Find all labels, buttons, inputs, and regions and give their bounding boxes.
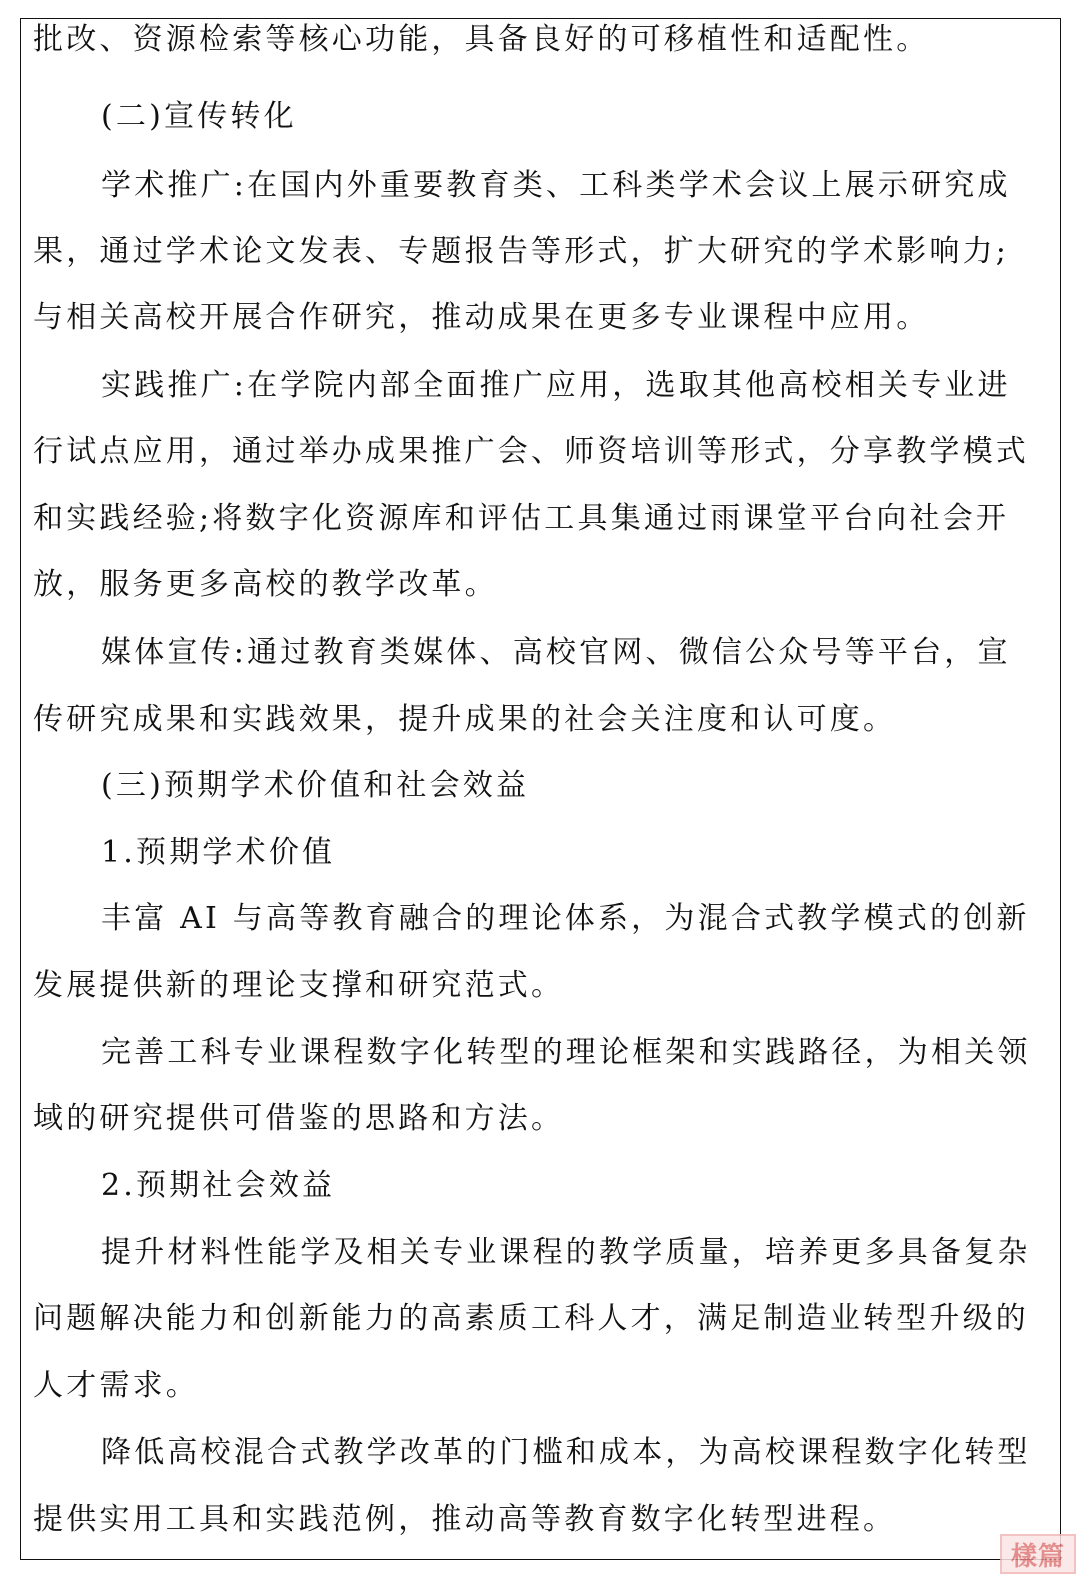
stamp-text: 樣篇: [1011, 1536, 1065, 1573]
paragraph-line: 问题解决能力和创新能力的高素质工科人才，满足制造业转型升级的: [33, 1299, 1029, 1339]
section-heading-publicity: (二)宣传转化: [101, 97, 297, 137]
paragraph-line: 实践推广:在学院内部全面推广应用，选取其他高校相关专业进: [101, 366, 1011, 406]
paragraph-line: 降低高校混合式教学改革的门槛和成本，为高校课程数字化转型: [101, 1433, 1031, 1473]
seal-stamp-icon: 樣篇: [1000, 1534, 1076, 1574]
subheading-social-benefit: 2.预期社会效益: [101, 1166, 335, 1206]
paragraph-line: 发展提供新的理论支撑和研究范式。: [33, 966, 564, 1006]
subheading-academic-value: 1.预期学术价值: [101, 833, 335, 873]
paragraph-line: 传研究成果和实践效果，提升成果的社会关注度和认可度。: [33, 700, 896, 740]
section-heading-expected-value: (三)预期学术价值和社会效益: [101, 766, 529, 806]
paragraph-line: 和实践经验;将数字化资源库和评估工具集通过雨课堂平台向社会开: [33, 499, 1009, 539]
paragraph-line: 与相关高校开展合作研究，推动成果在更多专业课程中应用。: [33, 298, 929, 338]
paragraph-line: 域的研究提供可借鉴的思路和方法。: [33, 1099, 564, 1139]
paragraph-line: 行试点应用，通过举办成果推广会、师资培训等形式，分享教学模式: [33, 432, 1029, 472]
paragraph-line: 人才需求。: [33, 1366, 199, 1406]
paragraph-line: 学术推广:在国内外重要教育类、工科类学术会议上展示研究成: [101, 166, 1011, 206]
paragraph-line: 放，服务更多高校的教学改革。: [33, 565, 498, 605]
paragraph-line: 批改、资源检索等核心功能，具备良好的可移植性和适配性。: [33, 20, 929, 60]
paragraph-line: 提升材料性能学及相关专业课程的教学质量，培养更多具备复杂: [101, 1233, 1031, 1273]
paragraph-line: 丰富 AI 与高等教育融合的理论体系，为混合式教学模式的创新: [101, 899, 1030, 939]
paragraph-line: 果，通过学术论文发表、专题报告等形式，扩大研究的学术影响力;: [33, 232, 1009, 272]
paragraph-line: 提供实用工具和实践范例，推动高等教育数字化转型进程。: [33, 1500, 896, 1540]
paragraph-line: 完善工科专业课程数字化转型的理论框架和实践路径，为相关领: [101, 1033, 1031, 1073]
paragraph-line: 媒体宣传:通过教育类媒体、高校官网、微信公众号等平台，宣: [101, 633, 1011, 673]
